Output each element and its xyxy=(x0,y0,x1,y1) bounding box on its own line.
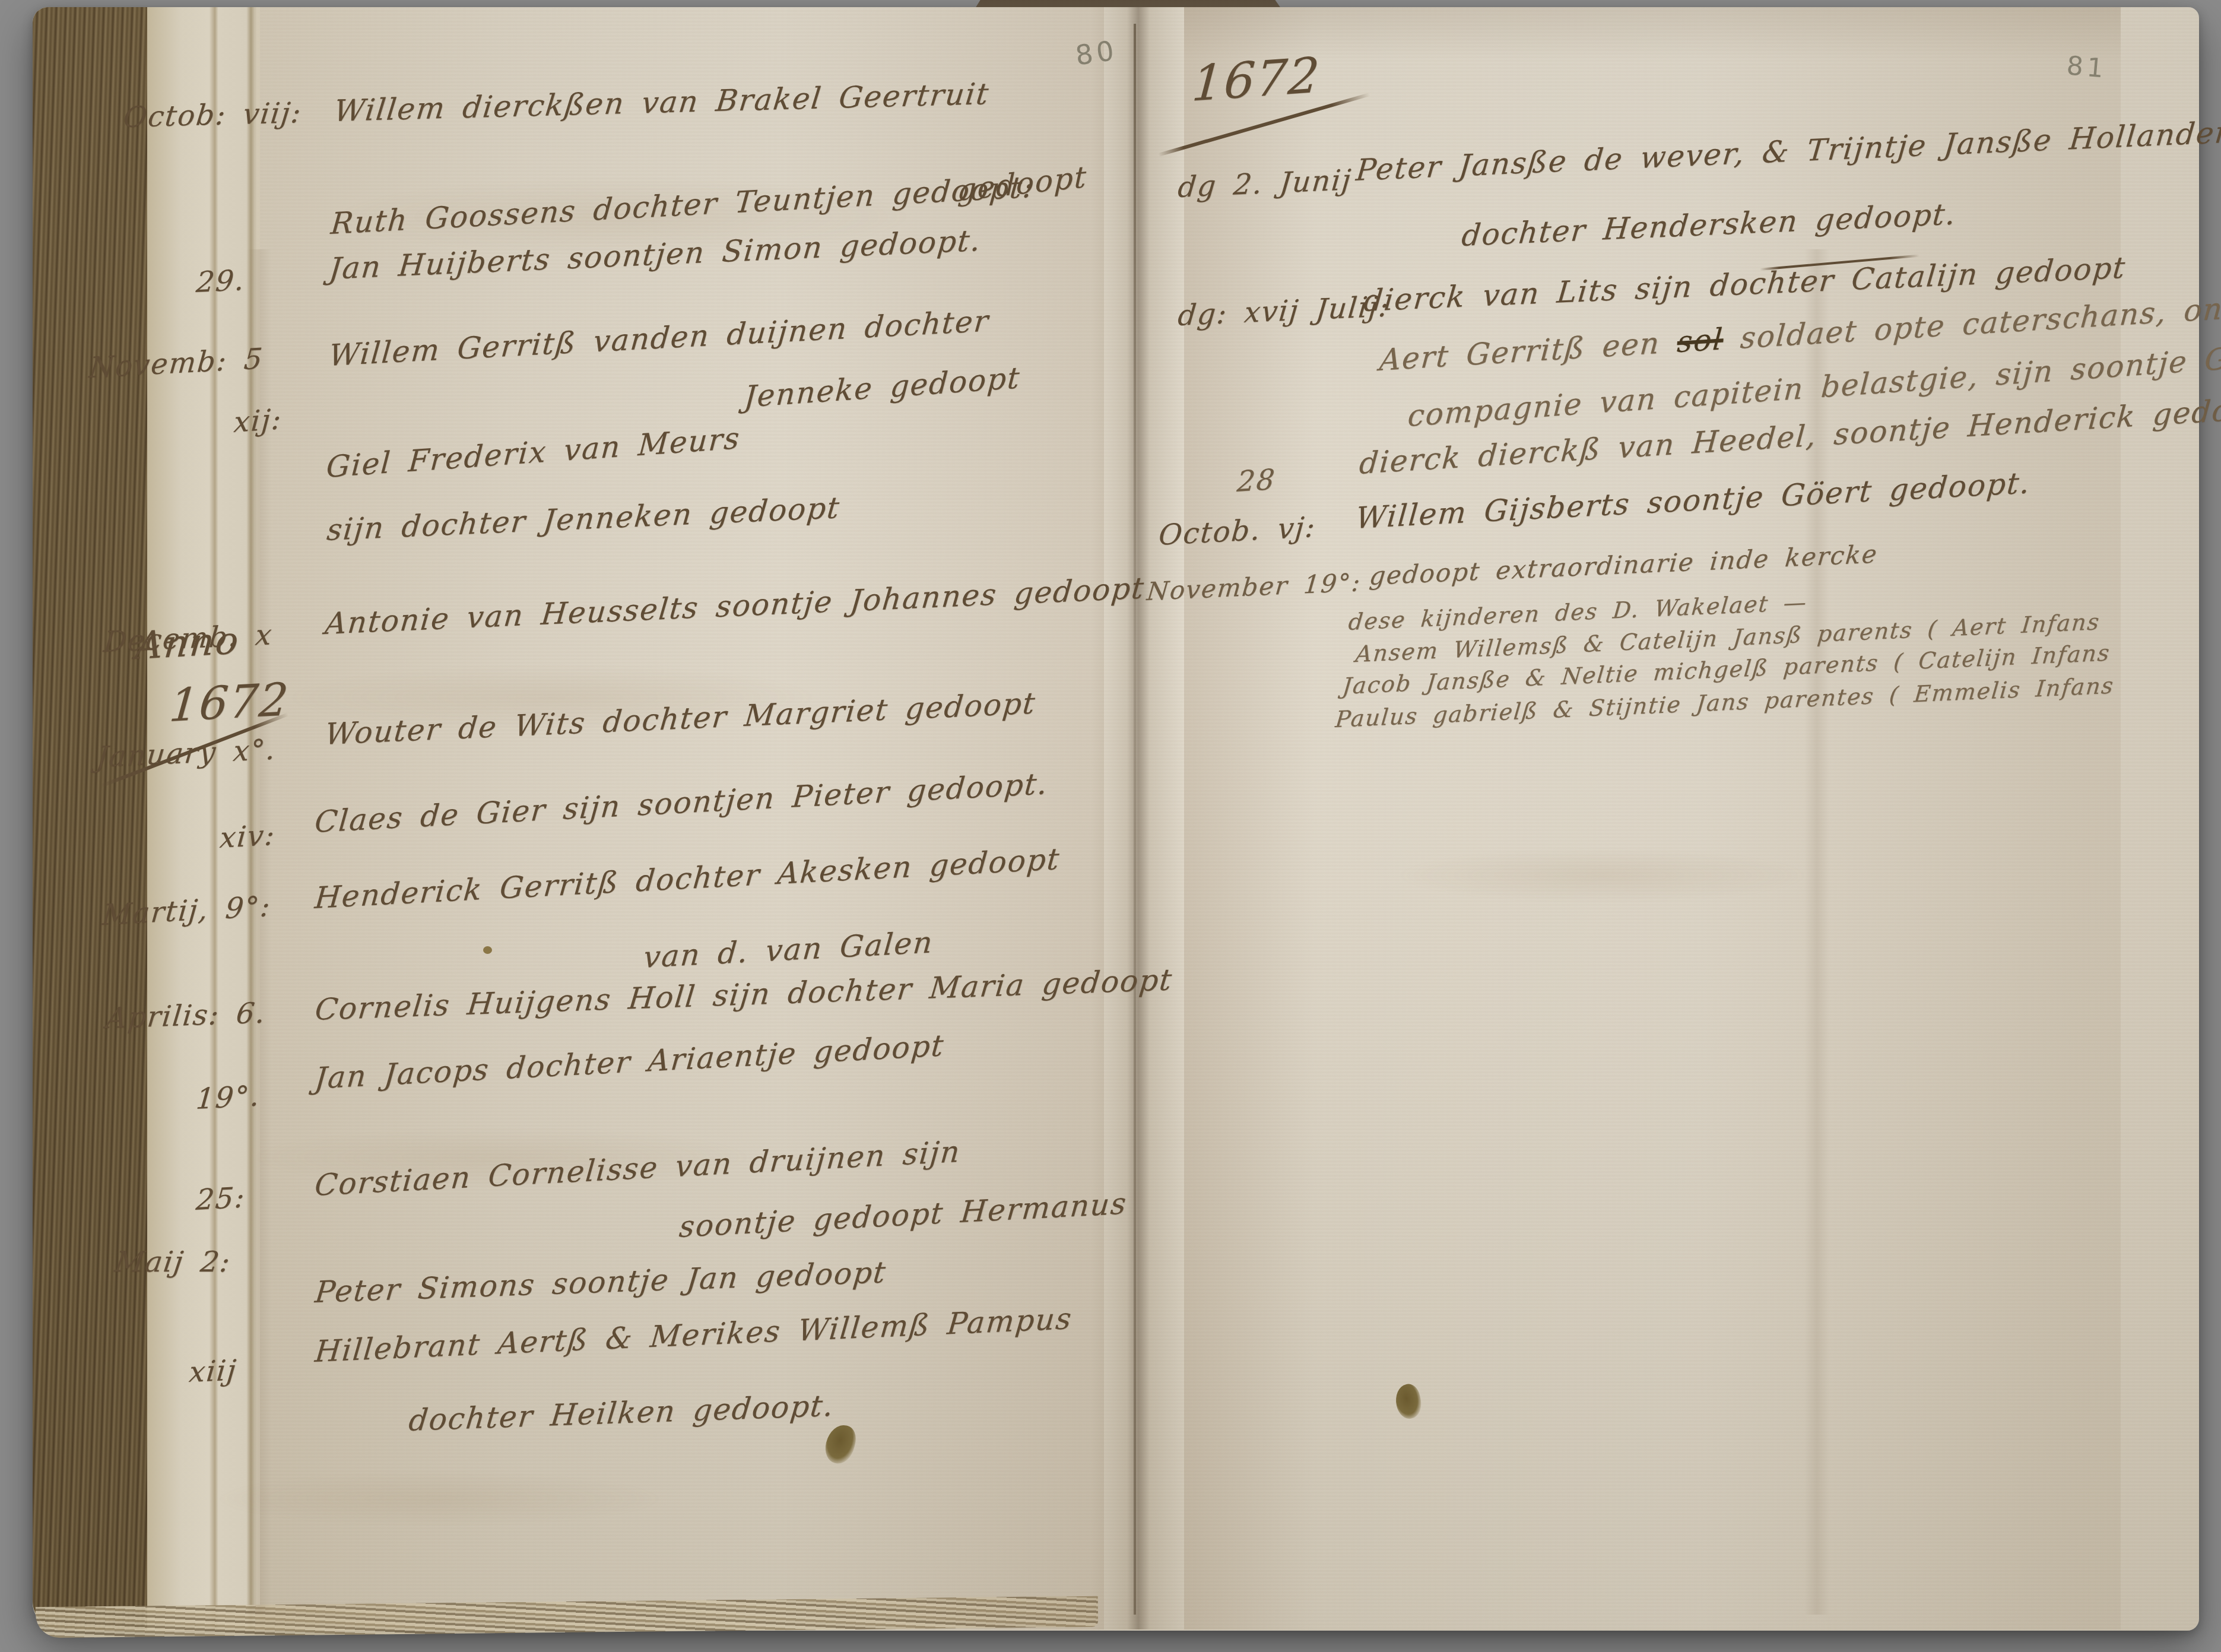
entry-date-label: 28 xyxy=(1236,463,1277,499)
struck-word: sol xyxy=(1676,322,1725,359)
bleedthrough-smudge xyxy=(214,1472,665,1526)
entry-text: Hillebrant Aertß & Merikes Willemß Pampu… xyxy=(313,1301,1074,1369)
entry-text: Anno xyxy=(134,619,241,668)
entry-text: Cornelis Huijgens Holl sijn dochter Mari… xyxy=(313,962,1175,1027)
paper-stain xyxy=(483,946,492,954)
entry-date-label: Martij, 9°: xyxy=(101,890,272,932)
entry-date-label: 25: xyxy=(195,1181,247,1217)
entry-text: Jenneke gedoopt xyxy=(743,360,1021,414)
entry-date-label: xiv: xyxy=(218,819,277,855)
bleedthrough-smudge xyxy=(1395,849,1810,902)
entry-text: dochter Heilken gedoopt. xyxy=(407,1388,836,1438)
entry-text: Giel Frederix van Meurs xyxy=(325,421,741,484)
entry-text: Jan Jacops dochter Ariaentje gedoopt xyxy=(313,1028,946,1096)
entry-date-label: 19°. xyxy=(195,1079,262,1116)
entry-text: Willem Gerritß vanden duijnen dochter xyxy=(328,303,991,373)
entry-text: 1672 xyxy=(167,673,291,732)
entry-date-label: Maij 2: xyxy=(113,1245,233,1279)
folio-number-80: 80 xyxy=(1074,34,1119,71)
entry-text: soontje gedoopt Hermanus xyxy=(678,1186,1128,1244)
entry-text: sijn dochter Jenneken gedoopt xyxy=(325,490,842,547)
entry-date-label: dg: xvij Julij: xyxy=(1176,290,1391,332)
entry-text: van d. van Galen xyxy=(642,925,935,975)
entry-date-label: January x°. xyxy=(95,733,278,774)
entry-text: Peter Jansße de wever, & Trijntje Jansße… xyxy=(1354,114,2221,188)
entry-text: Peter Simons soontje Jan gedoopt xyxy=(313,1255,889,1309)
entry-text: Willem dierckßen van Brakel Geertruit xyxy=(332,77,991,128)
entry-text: Claes de Gier sijn soontjen Pieter gedoo… xyxy=(313,766,1050,839)
entry-text: Antonie van Heusselts soontje Johannes g… xyxy=(323,570,1146,641)
entry-date-label: 29. xyxy=(195,264,247,299)
entry-date-label: xij: xyxy=(233,402,283,439)
entry-text: dochter Hendersken gedoopt. xyxy=(1460,196,1958,253)
entry-text: gedoopt extraordinarie inde kercke xyxy=(1368,539,1879,591)
year-heading: 1672 xyxy=(1190,47,1322,113)
entry-date-label: Novemb: 5 xyxy=(88,342,265,385)
entry-text: Henderick Gerritß dochter Akesken gedoop… xyxy=(313,842,1062,915)
register-photo: 80 81 1672 Octob: viij:Willem dierckßen … xyxy=(0,0,2221,1652)
entry-date-label: xiij xyxy=(188,1353,239,1389)
entry-text: Willem Gijsberts soontje Göert gedoopt. xyxy=(1354,465,2032,535)
entry-date-label: Octob. vj: xyxy=(1157,510,1317,552)
entry-date-label: November 19°: xyxy=(1146,567,1363,606)
folio-number-81: 81 xyxy=(2065,50,2108,84)
entry-date-label: Octob: viij: xyxy=(122,96,304,134)
entry-date-label: Aprilis: 6. xyxy=(104,996,268,1035)
entry-date-label: dg 2. Junij xyxy=(1176,163,1353,204)
